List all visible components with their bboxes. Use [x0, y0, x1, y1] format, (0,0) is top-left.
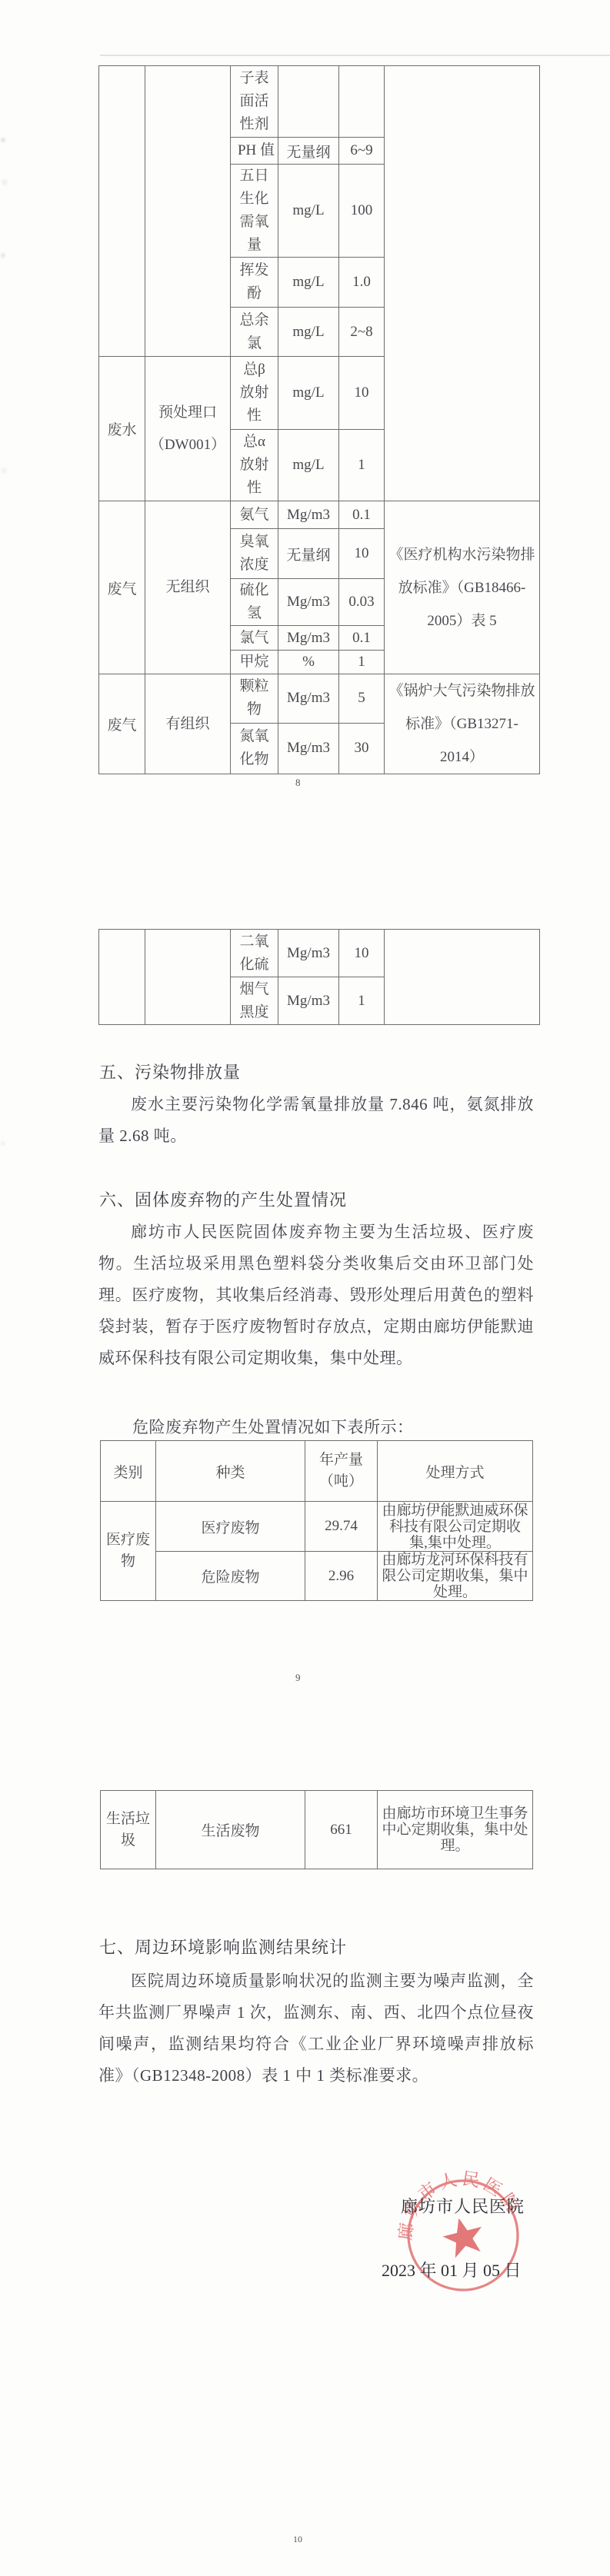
pollutant-name: PH 值: [234, 139, 278, 162]
pollutant-name: 氨气: [239, 504, 270, 527]
limit-cell: 0.1: [339, 626, 385, 651]
page-number-9: 9: [295, 1672, 301, 1684]
pollutant-name-cell: 氮氧化物: [231, 723, 278, 774]
disposal-cell: 由廊坊市环境卫生事务中心定期收集，集中处理。: [378, 1791, 533, 1869]
hazardous-waste-table: 类别 种类 年产量（吨） 处理方式 医疗废物 医疗废物 29.74 由廊坊伊能默…: [100, 1440, 533, 1601]
limit-cell: 30: [339, 723, 385, 774]
unit-cell: %: [278, 651, 339, 674]
pollutant-standards-table: 子表面活性剂 PH 值 无量纲 6~9 五日生化需氧量 mg/L 100 挥发酚…: [98, 65, 540, 774]
limit-cell: 1: [339, 977, 385, 1025]
pollutant-name: 臭氧浓度: [239, 531, 270, 577]
limit-cell: 1.0: [339, 258, 385, 308]
section-7-paragraph: 医院周边环境质量影响状况的监测主要为噪声监测，全年共监测厂界噪声 1 次，监测东…: [98, 1965, 534, 2092]
pollutant-name: 子表面活性剂: [239, 67, 270, 136]
category-label: 医疗废物: [105, 1529, 152, 1573]
pollutant-name-cell: 氯气: [231, 626, 278, 651]
unit-cell: Mg/m3: [278, 977, 339, 1025]
limit-cell: 1: [339, 651, 385, 674]
scan-edge-artifacts: [0, 0, 3, 3]
kind-cell: 医疗废物: [156, 1502, 305, 1552]
category-label: 生活垃圾: [105, 1809, 152, 1852]
amount-cell: 2.96: [305, 1552, 378, 1601]
category-cell: [99, 66, 145, 357]
section-7-heading: 七、周边环境影响监测结果统计: [99, 1935, 347, 1959]
standard-cell: 《医疗机构水污染物排放标准》（GB18466-2005）表 5: [385, 501, 540, 674]
hazardous-waste-table-intro: 危险废弃物产生处置情况如下表所示：: [132, 1415, 414, 1438]
amount-cell: 661: [305, 1791, 378, 1869]
pollutant-name-cell: PH 值: [231, 138, 278, 165]
unit-cell: Mg/m3: [278, 674, 339, 724]
limit-cell: 1: [339, 430, 385, 501]
page-number-10: 10: [293, 2534, 302, 2545]
household-waste-table: 生活垃圾 生活废物 661 由廊坊市环境卫生事务中心定期收集，集中处理。: [100, 1790, 533, 1869]
page-number-8: 8: [295, 777, 301, 789]
category-cell: [99, 930, 145, 1025]
pollutant-name-cell: 总β放射性: [231, 357, 278, 430]
pollutant-name: 总β放射性: [239, 358, 270, 428]
kind-cell: 危险废物: [156, 1552, 305, 1601]
unit-cell: mg/L: [278, 430, 339, 501]
limit-cell: 6~9: [339, 138, 385, 165]
pollutant-name: 总α放射性: [239, 431, 270, 500]
header-amount: 年产量（吨）: [305, 1441, 378, 1502]
pollutant-name: 硫化氢: [239, 579, 270, 625]
pollutant-name: 五日生化需氧量: [239, 165, 270, 257]
scanned-document-page: 子表面活性剂 PH 值 无量纲 6~9 五日生化需氧量 mg/L 100 挥发酚…: [0, 0, 610, 2576]
pollutant-name: 烟气黑度: [239, 978, 270, 1024]
pollutant-name: 甲烷: [239, 651, 270, 674]
limit-cell: 100: [339, 165, 385, 258]
section-6-heading: 六、固体废弃物的产生处置情况: [99, 1187, 347, 1211]
category-cell: 医疗废物: [101, 1502, 156, 1601]
pollutant-name-cell: 烟气黑度: [231, 977, 278, 1025]
pollutant-name: 总余氯: [239, 309, 270, 355]
pollutant-name-cell: 总α放射性: [231, 430, 278, 501]
seal-star-icon: [439, 2213, 487, 2259]
standard-cell: [385, 66, 540, 501]
pollutant-name-cell: 五日生化需氧量: [231, 165, 278, 258]
limit-cell: [339, 66, 385, 138]
unit-cell: mg/L: [278, 258, 339, 308]
pollutant-name-cell: 硫化氢: [231, 579, 278, 626]
limit-cell: 0.03: [339, 579, 385, 626]
outlet-cell: 有组织: [145, 674, 231, 774]
limit-cell: 10: [339, 930, 385, 977]
category-cell: 废气: [99, 674, 145, 774]
unit-cell: 无量纲: [278, 529, 339, 579]
pollutant-name-cell: 臭氧浓度: [231, 529, 278, 579]
outlet-cell: [145, 930, 231, 1025]
section-5-paragraph: 废水主要污染物化学需氧量排放量 7.846 吨，氨氮排放量 2.68 吨。: [98, 1089, 534, 1152]
limit-cell: 10: [339, 529, 385, 579]
unit-cell: mg/L: [278, 308, 339, 357]
pollutant-name-cell: 甲烷: [231, 651, 278, 674]
pollutant-name: 颗粒物: [239, 675, 270, 721]
signature-organization: 廊坊市人民医院: [401, 2194, 532, 2218]
category-cell: 生活垃圾: [101, 1791, 156, 1869]
pollutant-name: 挥发酚: [239, 259, 270, 305]
pollutant-name-cell: 氨气: [231, 501, 278, 529]
amount-cell: 29.74: [305, 1502, 378, 1552]
disposal-cell: 由廊坊龙河环保科技有限公司定期收集，集中处理。: [378, 1552, 533, 1601]
scan-streak-artifact: [100, 55, 610, 56]
disposal-cell: 由廊坊伊能默迪威环保科技有限公司定期收集,集中处理。: [378, 1502, 533, 1552]
kind-cell: 生活废物: [156, 1791, 305, 1869]
standard-cell: 《锅炉大气污染物排放标准》（GB13271-2014）: [385, 674, 540, 774]
header-disposal: 处理方式: [378, 1441, 533, 1502]
pollutant-name: 氯气: [239, 627, 270, 650]
header-kind: 种类: [156, 1441, 305, 1502]
header-category: 类别: [101, 1441, 156, 1502]
header-amount-label: 年产量（吨）: [317, 1449, 366, 1493]
pollutant-name-cell: 二氧化硫: [231, 930, 278, 977]
standard-cell: [385, 930, 540, 1025]
pollutant-name-cell: 子表面活性剂: [231, 66, 278, 138]
pollutant-name-cell: 挥发酚: [231, 258, 278, 308]
pollutant-name-cell: 颗粒物: [231, 674, 278, 724]
unit-cell: Mg/m3: [278, 579, 339, 626]
unit-cell: Mg/m3: [278, 723, 339, 774]
limit-cell: 0.1: [339, 501, 385, 529]
outlet-cell: 预处理口（DW001）: [145, 357, 231, 501]
outlet-cell: 无组织: [145, 501, 231, 674]
section-5-heading: 五、污染物排放量: [99, 1060, 241, 1083]
unit-cell: Mg/m3: [278, 930, 339, 977]
pollutant-standards-table-continued: 二氧化硫 Mg/m3 10 烟气黑度 Mg/m3 1: [98, 929, 540, 1025]
limit-cell: 2~8: [339, 308, 385, 357]
unit-cell: mg/L: [278, 165, 339, 258]
pollutant-name: 二氧化硫: [239, 930, 270, 977]
unit-cell: 无量纲: [278, 138, 339, 165]
pollutant-name-cell: 总余氯: [231, 308, 278, 357]
category-cell: 废气: [99, 501, 145, 674]
unit-cell: Mg/m3: [278, 626, 339, 651]
unit-cell: Mg/m3: [278, 501, 339, 529]
section-6-paragraph: 廊坊市人民医院固体废弃物主要为生活垃圾、医疗废物。生活垃圾采用黑色塑料袋分类收集…: [98, 1216, 534, 1374]
category-cell: 废水: [99, 357, 145, 501]
pollutant-name: 氮氧化物: [239, 725, 270, 771]
limit-cell: 5: [339, 674, 385, 724]
signature-date: 2023 年 01 月 05 日: [382, 2258, 522, 2281]
outlet-cell: [145, 66, 231, 357]
limit-cell: 10: [339, 357, 385, 430]
unit-cell: mg/L: [278, 357, 339, 430]
unit-cell: [278, 66, 339, 138]
